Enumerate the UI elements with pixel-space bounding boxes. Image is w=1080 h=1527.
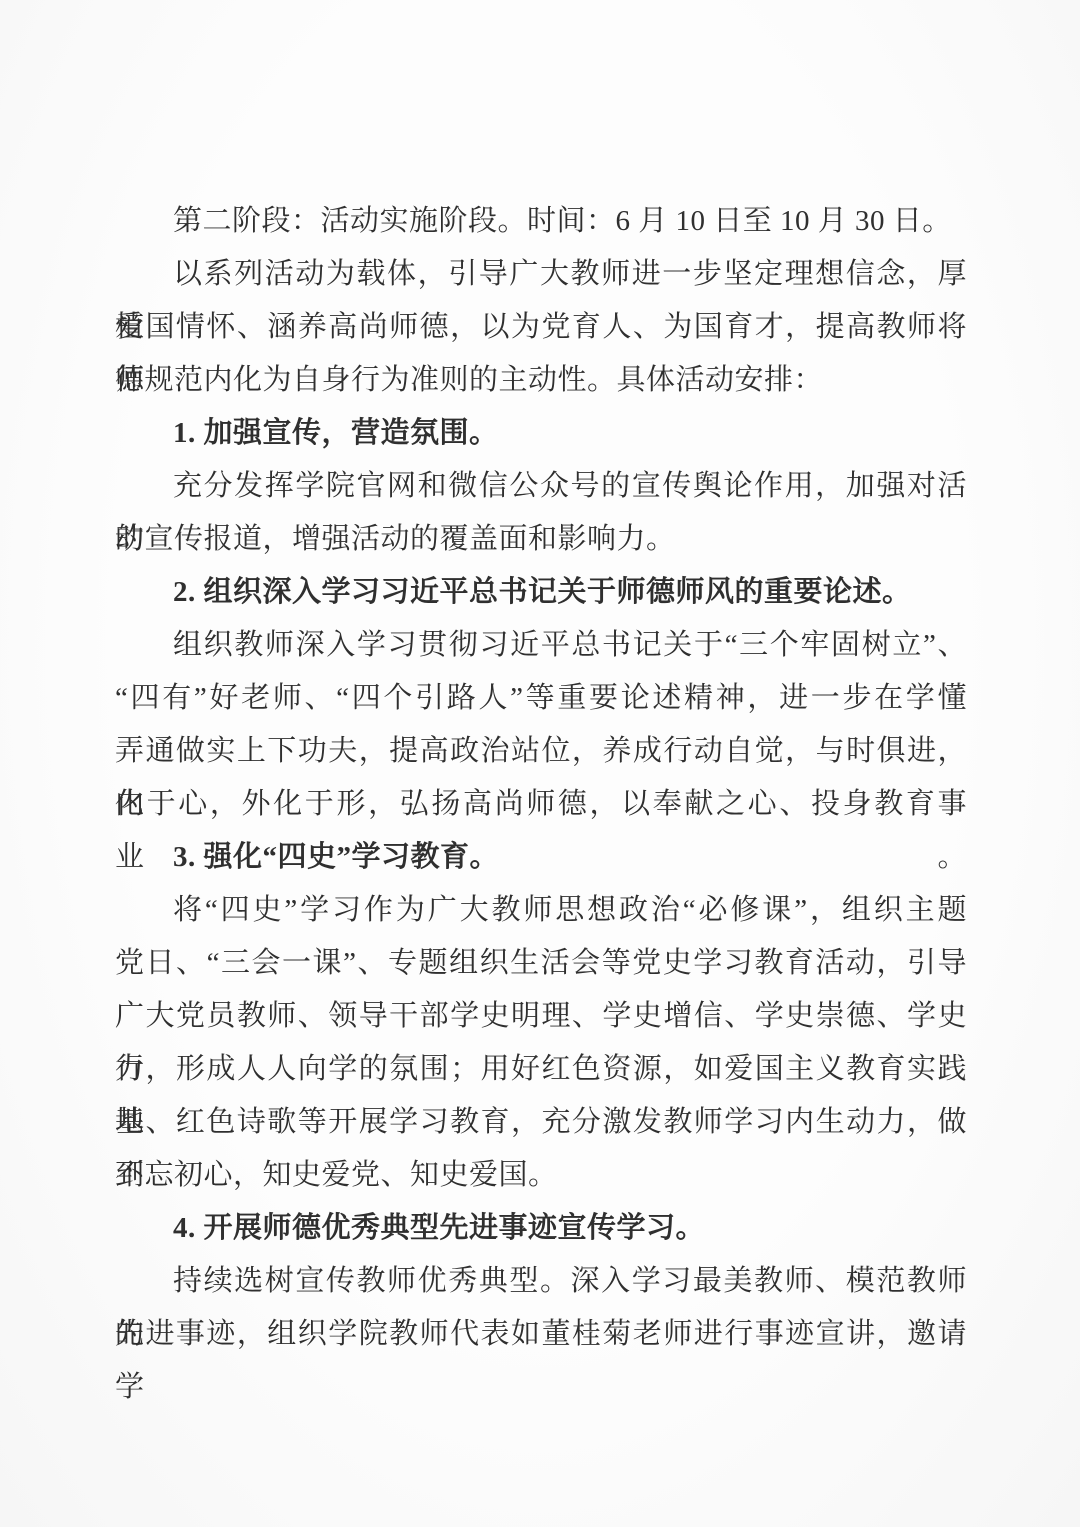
text-line: 地、红色诗歌等开展学习教育，充分激发教师学习内生动力，做到	[115, 1096, 967, 1149]
paragraph-publicity: 充分发挥学院官网和微信公众号的宣传舆论作用，加强对活动 的宣传报道，增强活动的覆…	[115, 460, 967, 566]
text-line: 的宣传报道，增强活动的覆盖面和影响力。	[115, 513, 967, 566]
text-line: 将“四史”学习作为广大教师思想政治“必修课”，组织主题	[115, 884, 967, 937]
text-line: 不忘初心，知史爱党、知史爱国。	[115, 1149, 967, 1202]
text-line: 化于心，外化于形，弘扬高尚师德，以奉献之心、投身教育事业。	[115, 778, 967, 831]
paragraph-exemplary-teachers: 持续选树宣传教师优秀典型。深入学习最美教师、模范教师的 先进事迹，组织学院教师代…	[115, 1255, 967, 1361]
text-line: 组织教师深入学习贯彻习近平总书记关于“三个牢固树立”、	[115, 619, 967, 672]
text-line: 广大党员教师、领导干部学史明理、学史增信、学史崇德、学史力	[115, 990, 967, 1043]
paragraph-study-discourses: 组织教师深入学习贯彻习近平总书记关于“三个牢固树立”、 “四有”好老师、“四个引…	[115, 619, 967, 831]
text-line: 充分发挥学院官网和微信公众号的宣传舆论作用，加强对活动	[115, 460, 967, 513]
text-line: 持续选树宣传教师优秀典型。深入学习最美教师、模范教师的	[115, 1255, 967, 1308]
text-line: 爱国情怀、涵养高尚师德，以为党育人、为国育才，提高教师将师	[115, 301, 967, 354]
section-heading-2: 2. 组织深入学习习近平总书记关于师德师风的重要论述。	[115, 566, 967, 619]
document-page: 第二阶段：活动实施阶段。时间：6 月 10 日至 10 月 30 日。 以系列活…	[0, 0, 1080, 1527]
heading-line: 2. 组织深入学习习近平总书记关于师德师风的重要论述。	[115, 566, 967, 619]
text-line: 党日、“三会一课”、专题组织生活会等党史学习教育活动，引导	[115, 937, 967, 990]
text-line: 第二阶段：活动实施阶段。时间：6 月 10 日至 10 月 30 日。	[115, 195, 967, 248]
text-line: 先进事迹，组织学院教师代表如董桂菊老师进行事迹宣讲，邀请学	[115, 1308, 967, 1361]
heading-line: 1. 加强宣传，营造氛围。	[115, 407, 967, 460]
text-line: “四有”好老师、“四个引路人”等重要论述精神，进一步在学懂	[115, 672, 967, 725]
paragraph-four-histories: 将“四史”学习作为广大教师思想政治“必修课”，组织主题 党日、“三会一课”、专题…	[115, 884, 967, 1202]
paragraph-overview: 以系列活动为载体，引导广大教师进一步坚定理想信念，厚植 爱国情怀、涵养高尚师德，…	[115, 248, 967, 407]
text-line: 德规范内化为自身行为准则的主动性。具体活动安排：	[115, 354, 967, 407]
text-line: 以系列活动为载体，引导广大教师进一步坚定理想信念，厚植	[115, 248, 967, 301]
text-line: 弄通做实上下功夫，提高政治站位，养成行动自觉，与时俱进，内	[115, 725, 967, 778]
section-heading-4: 4. 开展师德优秀典型先进事迹宣传学习。	[115, 1202, 967, 1255]
section-heading-1: 1. 加强宣传，营造氛围。	[115, 407, 967, 460]
text-line: 行，形成人人向学的氛围；用好红色资源，如爱国主义教育实践基	[115, 1043, 967, 1096]
heading-line: 4. 开展师德优秀典型先进事迹宣传学习。	[115, 1202, 967, 1255]
paragraph-stage2-intro: 第二阶段：活动实施阶段。时间：6 月 10 日至 10 月 30 日。	[115, 195, 967, 248]
